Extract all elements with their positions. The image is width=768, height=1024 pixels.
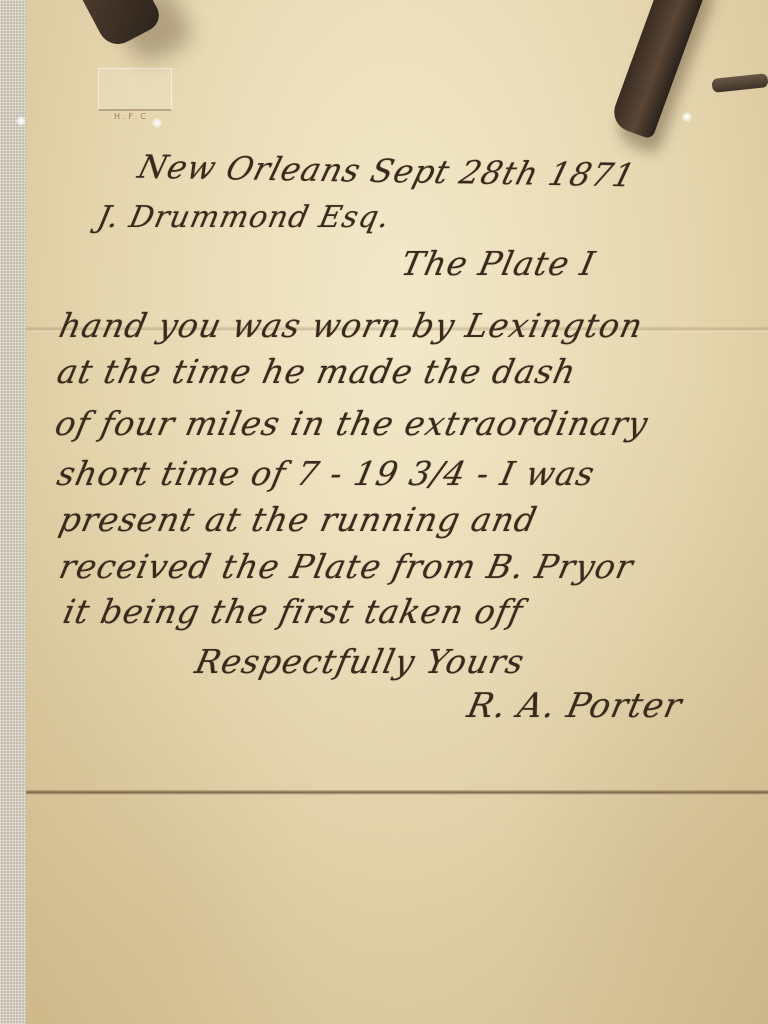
body-line: received the Plate from B. Pryor: [56, 547, 637, 586]
closing: Respectfully Yours: [192, 642, 528, 681]
body-line: it being the first taken off: [60, 592, 527, 631]
letter-text: New Orleans Sept 28th 1871 J. Drummond E…: [0, 0, 768, 1024]
body-line: at the time he made the dash: [54, 352, 580, 391]
body-line: of four miles in the extraordinary: [52, 404, 652, 443]
body-line: present at the running and: [56, 500, 541, 539]
body-line: The Plate I: [398, 244, 599, 283]
body-line: hand you was worn by Lexington: [56, 306, 647, 345]
place-date: New Orleans Sept 28th 1871: [134, 148, 640, 195]
salutation: J. Drummond Esq.: [94, 200, 393, 235]
signature: R. A. Porter: [464, 686, 686, 726]
body-line: short time of 7 - 19 3/4 - I was: [54, 454, 599, 493]
